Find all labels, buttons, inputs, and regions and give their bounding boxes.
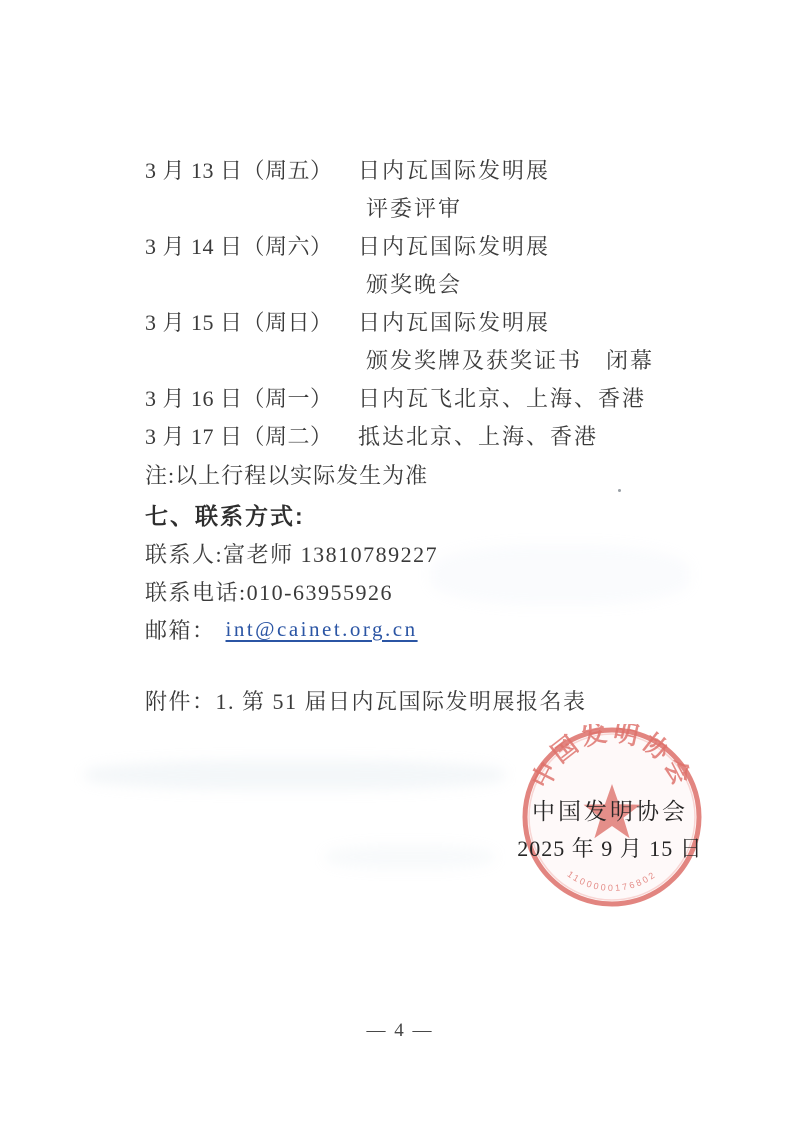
schedule-row: 3 月 13 日（周五） 日内瓦国际发明展 [145, 150, 745, 188]
document-page: 3 月 13 日（周五） 日内瓦国际发明展 评委评审 3 月 14 日（周六） … [0, 0, 800, 1131]
schedule-event: 日内瓦国际发明展 [358, 306, 550, 337]
schedule-event: 日内瓦国际发明展 [358, 154, 550, 185]
schedule-date: 3 月 17 日（周二） [145, 420, 358, 451]
schedule-event: 抵达北京、上海、香港 [358, 420, 598, 451]
schedule-event: 日内瓦飞北京、上海、香港 [358, 382, 646, 413]
page-number: — 4 — [0, 1020, 800, 1042]
contact-section-heading: 七、联系方式: [145, 494, 745, 534]
signature-block: 中国发明协会 2025 年 9 月 15 日 [495, 793, 725, 867]
schedule-row: 3 月 16 日（周一） 日内瓦飞北京、上海、香港 [145, 378, 745, 416]
letter-body: 3 月 13 日（周五） 日内瓦国际发明展 评委评审 3 月 14 日（周六） … [145, 150, 745, 719]
contact-email-row: 邮箱： int@cainet.org.cn [145, 610, 745, 648]
schedule-date: 3 月 15 日（周日） [145, 306, 358, 337]
schedule-row: 3 月 14 日（周六） 日内瓦国际发明展 [145, 226, 745, 264]
contact-phone: 联系电话:010-63955926 [145, 572, 745, 610]
scan-smudge [85, 760, 505, 790]
email-link[interactable]: int@cainet.org.cn [226, 617, 418, 642]
schedule-sub-event: 颁奖晚会 [145, 264, 745, 302]
scan-smudge [325, 845, 495, 869]
email-label: 邮箱： [145, 614, 216, 645]
schedule-date: 3 月 16 日（周一） [145, 382, 358, 413]
signature-org: 中国发明协会 [495, 793, 725, 830]
schedule-note: 注:以上行程以实际发生为准 [145, 454, 745, 494]
schedule-date: 3 月 13 日（周五） [145, 154, 358, 185]
attachment-note: 附件：1. 第 51 届日内瓦国际发明展报名表 [145, 681, 745, 719]
contact-person: 联系人:富老师 13810789227 [145, 534, 745, 572]
scan-speck [618, 489, 621, 492]
schedule-date: 3 月 14 日（周六） [145, 230, 358, 261]
schedule-event: 日内瓦国际发明展 [358, 230, 550, 261]
signature-date: 2025 年 9 月 15 日 [495, 830, 725, 867]
schedule-row: 3 月 17 日（周二） 抵达北京、上海、香港 [145, 416, 745, 454]
schedule-sub-event: 颁发奖牌及获奖证书 闭幕 [145, 340, 745, 378]
schedule-row: 3 月 15 日（周日） 日内瓦国际发明展 [145, 302, 745, 340]
schedule-sub-event: 评委评审 [145, 188, 745, 226]
